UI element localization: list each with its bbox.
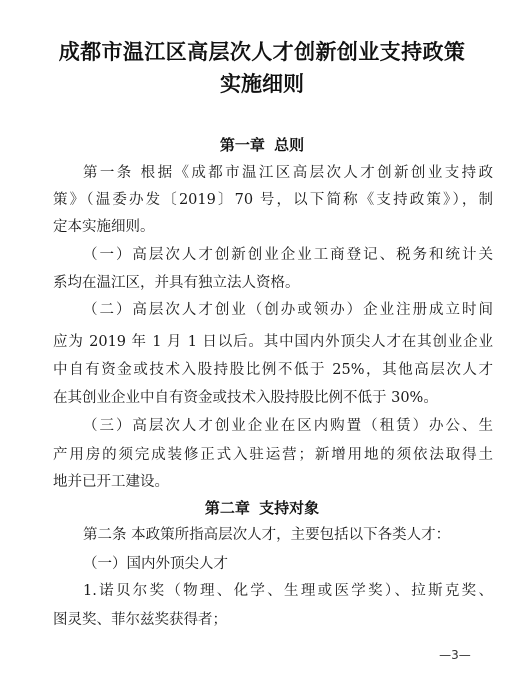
paragraph-line: 产用房的须完成装修正式入驻运营；新增用地的须依法取得土 xyxy=(53,445,493,465)
paragraph-line: 策》（温委办发〔2019〕70 号，以下简称《支持政策》），制 xyxy=(53,190,493,210)
paragraph-line: （一）高层次人才创新创业企业工商登记、税务和统计关 xyxy=(83,245,493,265)
paragraph-line: 系均在温江区，并具有独立法人资格。 xyxy=(53,273,493,293)
chapter-heading-1: 第一章 总则 xyxy=(0,136,524,154)
paragraph-line: 在其创业企业中自有资金或技术入股持股比例不低于 30%。 xyxy=(53,388,493,408)
paragraph-line: （二）高层次人才创业（创办或领办）企业注册成立时间 xyxy=(83,300,493,320)
paragraph-line: 图灵奖、菲尔兹奖获得者； xyxy=(53,610,493,630)
chapter-heading-2: 第二章 支持对象 xyxy=(0,499,524,517)
paragraph-line: 中自有资金或技术入股持股比例不低于 25%，其他高层次人才 xyxy=(53,360,493,380)
paragraph-line: 地并已开工建设。 xyxy=(53,472,493,492)
paragraph-line: 定本实施细则。 xyxy=(53,217,493,237)
document-page: 成都市温江区高层次人才创新创业支持政策 实施细则 第一章 总则 第一条 根据《成… xyxy=(0,0,524,673)
document-title-line-1: 成都市温江区高层次人才创新创业支持政策 xyxy=(0,40,524,64)
paragraph-line: 应为 2019 年 1 月 1 日以后。其中国内外顶尖人才在其创业企业 xyxy=(53,332,493,352)
document-title-line-2: 实施细则 xyxy=(0,72,524,96)
paragraph-line: 1.诺贝尔奖（物理、化学、生理或医学奖）、拉斯克奖、 xyxy=(83,581,493,601)
paragraph-line: （一）国内外顶尖人才 xyxy=(83,554,493,574)
page-number: —3— xyxy=(430,647,480,663)
paragraph-line: （三）高层次人才创业企业在区内购置（租赁）办公、生 xyxy=(83,416,493,436)
paragraph-line: 第二条 本政策所指高层次人才，主要包括以下各类人才： xyxy=(83,525,493,545)
paragraph-line: 第一条 根据《成都市温江区高层次人才创新创业支持政 xyxy=(83,163,493,183)
